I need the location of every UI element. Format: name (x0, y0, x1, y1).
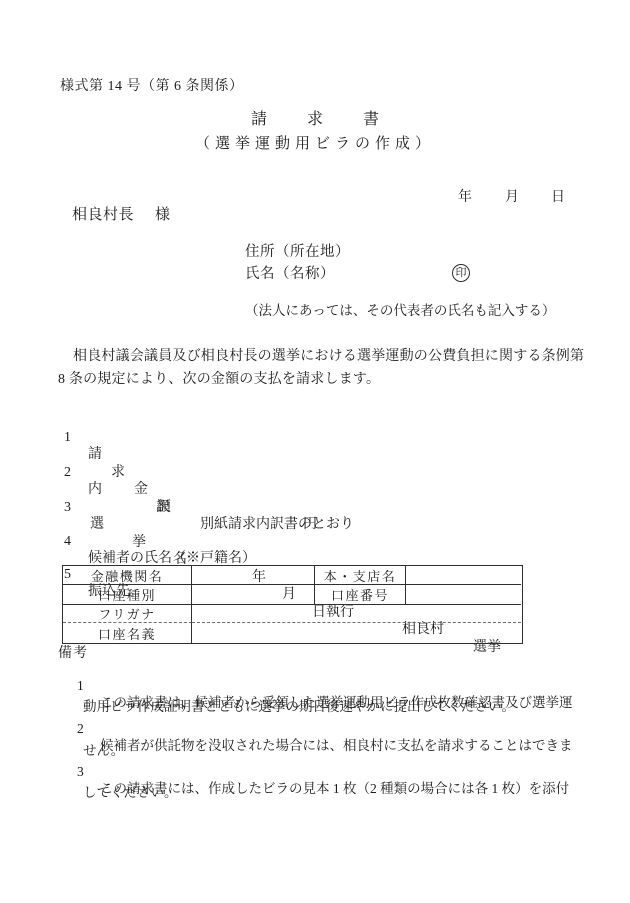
item-3-election-name: 3 選 挙 名 年 月 日執行 相良村 選挙 (0, 481, 630, 499)
financial-institution-field (192, 566, 315, 585)
form-number: 様式第 14 号（第 6 条関係） (60, 78, 244, 96)
remark-2-line-2: せん。 (0, 726, 630, 743)
addressee-name: 相良村長 (72, 206, 134, 225)
account-number-label: 口座番号 (315, 585, 406, 605)
remark-2-line-1: 2 候補者が供託物を没収された場合には、相良村に支払を請求することはできま (0, 704, 630, 721)
account-holder-field (192, 623, 521, 643)
item-5-transfer-destination: 5 振込先 (0, 548, 630, 566)
corporate-note: （法人にあっては、その代表者の氏名も記入する） (245, 303, 555, 320)
body-paragraph-line-2: 8 条の規定により、次の金額の支払を請求します。 (58, 371, 380, 389)
title-char-2: 求 (307, 110, 323, 130)
account-holder-label: 口座名義 (63, 623, 192, 643)
branch-name-label: 本・支店名 (315, 566, 406, 585)
branch-name-field (406, 566, 521, 585)
item-3-number: 3 (64, 499, 71, 517)
financial-institution-label: 金融機関名 (63, 566, 192, 585)
remark-3-line-2: してください。 (0, 768, 630, 785)
remark-1-line-2: 動用ビラ作成証明書とともに選挙の期日後速やかに提出してください。 (0, 682, 630, 699)
seal-char: 印 (456, 268, 467, 279)
remark-1-line-1: 1 この請求書は、候補者から受領した選挙運動用ビラ作成枚数確認書及び選挙運 (0, 661, 630, 678)
seal-icon: 印 (452, 264, 470, 282)
document-title: 請 求 書 (0, 110, 630, 130)
furigana-field (192, 605, 521, 623)
item-2-number: 2 (64, 464, 71, 482)
name-label: 氏名（名称） (245, 265, 335, 283)
item-1-label-char-2: 求 (111, 464, 125, 482)
title-char-3: 書 (363, 110, 379, 130)
item-2-label-char-2: 訳 (156, 499, 170, 517)
item-1-billed-amount: 1 請 求 金 額 円 (0, 411, 630, 429)
account-type-label: 口座種別 (63, 585, 192, 605)
addressee-honorific: 様 (155, 206, 170, 225)
title-char-1: 請 (251, 110, 267, 130)
furigana-label: フリガナ (63, 605, 192, 623)
item-4-candidate-name: 4 候補者の氏名（※戸籍名） (0, 515, 630, 533)
document-page: 様式第 14 号（第 6 条関係） 請 求 書 （選挙運動用ビラの作成） 年 月… (0, 0, 630, 903)
bank-transfer-table: 金融機関名 本・支店名 口座種別 口座番号 フリガナ 口座名義 (62, 565, 523, 644)
date-month-label: 月 (505, 189, 519, 207)
item-1-number: 1 (64, 429, 71, 447)
date-day-label: 日 (551, 189, 565, 207)
address-label: 住所（所在地） (245, 243, 350, 261)
date-year-label: 年 (458, 189, 472, 207)
document-subtitle: （選挙運動用ビラの作成） (0, 135, 630, 154)
remark-3-line-1: 3 この請求書には、作成したビラの見本 1 枚（2 種類の場合には各 1 枚）を… (0, 747, 630, 764)
body-paragraph-line-1: 相良村議会議員及び相良村長の選挙における選挙運動の公費負担に関する条例第 (73, 348, 584, 366)
remarks-heading: 備考 (58, 645, 88, 663)
item-2-breakdown: 2 内 訳 別紙請求内訳書のとおり (0, 446, 630, 464)
remark-3-text-2: してください。 (83, 785, 178, 802)
account-number-field (406, 585, 521, 605)
account-type-field (192, 585, 315, 605)
